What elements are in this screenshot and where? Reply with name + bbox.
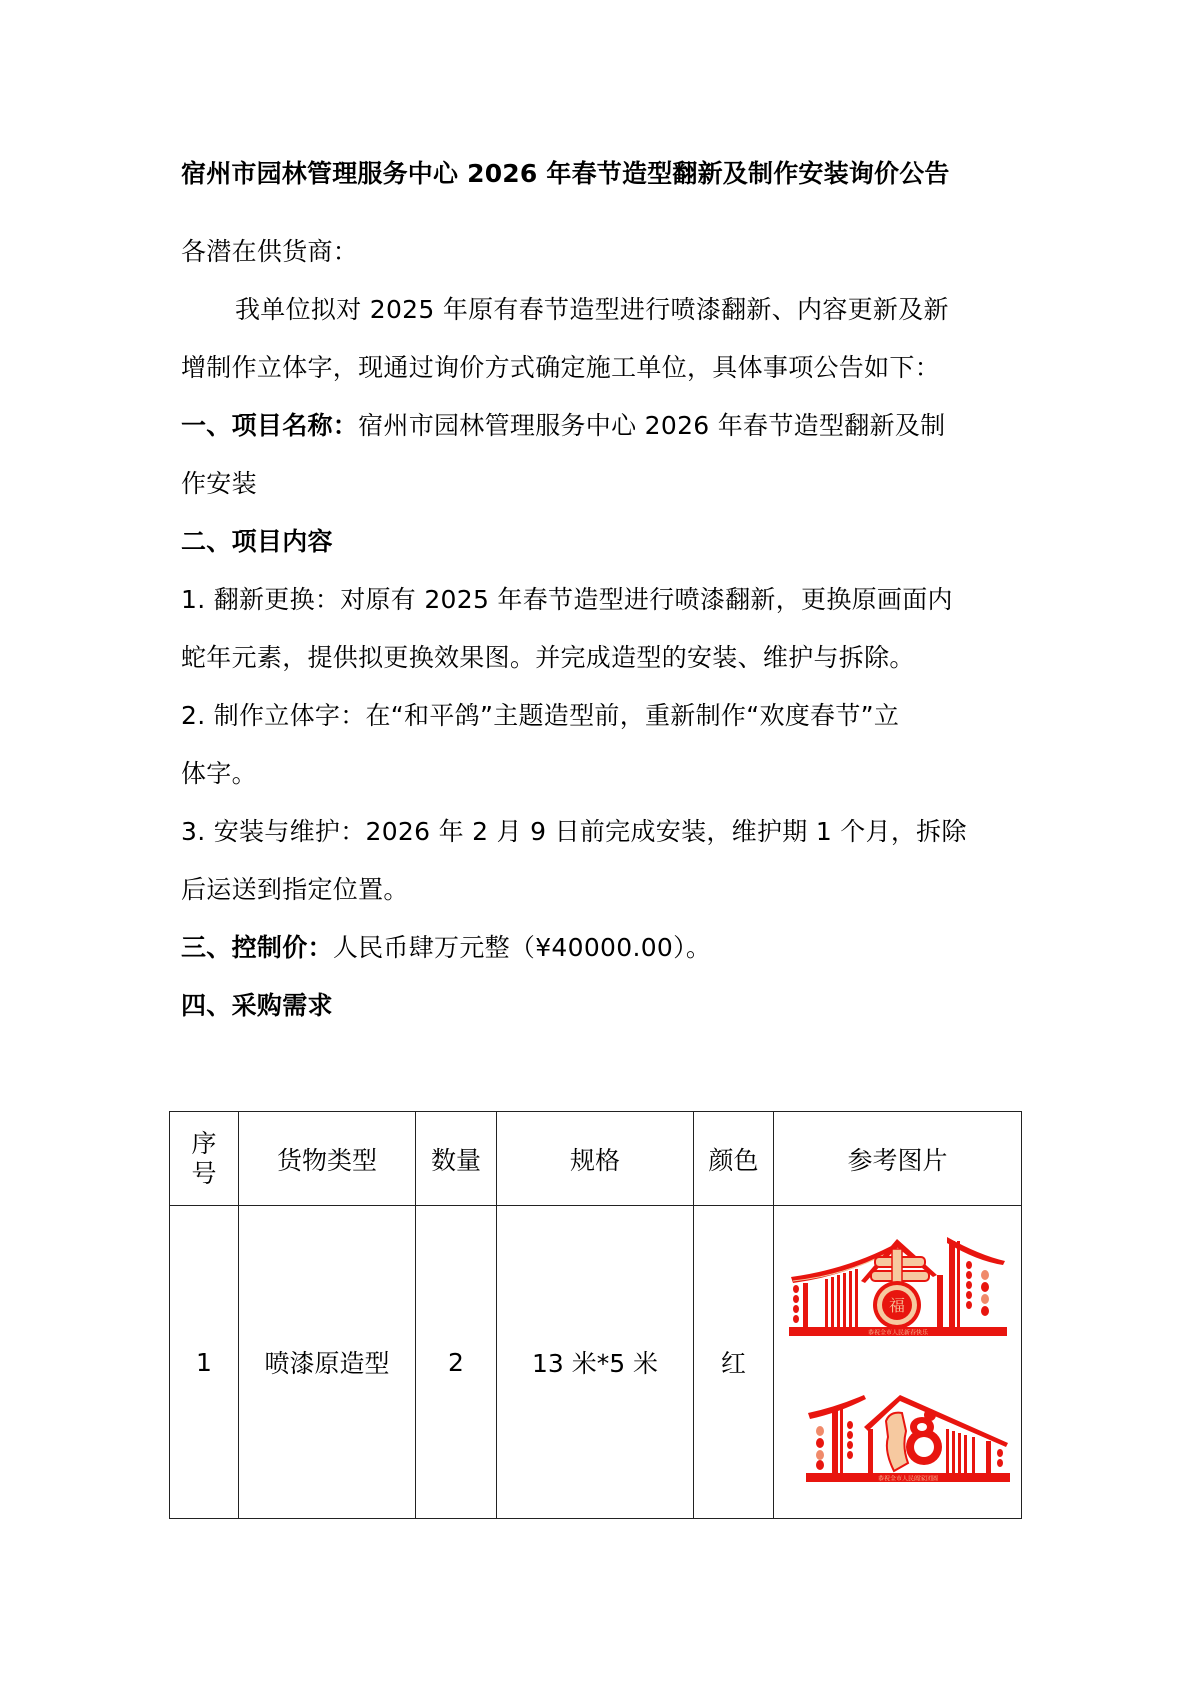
section-2-heading: 二、项目内容 bbox=[181, 524, 1021, 560]
svg-text:福: 福 bbox=[888, 1296, 904, 1315]
section-1-heading: 一、项目名称： bbox=[181, 411, 358, 440]
cell-seq: 1 bbox=[170, 1206, 239, 1519]
document-page: 宿州市园林管理服务中心 2026 年春节造型翻新及制作安装询价公告 各潜在供货商… bbox=[0, 0, 1190, 1683]
header-quantity: 数量 bbox=[416, 1112, 497, 1206]
svg-text:恭祝全市人民新春快乐: 恭祝全市人民新春快乐 bbox=[867, 1329, 928, 1337]
document-title: 宿州市园林管理服务中心 2026 年春节造型翻新及制作安装询价公告 bbox=[181, 156, 1021, 192]
cell-goods-type: 喷漆原造型 bbox=[239, 1206, 416, 1519]
content-item-1-line-1: 1. 翻新更换：对原有 2025 年春节造型进行喷漆翻新，更换原画面内 bbox=[181, 582, 1021, 618]
content-item-2-line-2: 体字。 bbox=[181, 756, 1021, 792]
cell-ref-images: 福 bbox=[774, 1206, 1022, 1519]
salutation: 各潜在供货商： bbox=[181, 234, 1021, 270]
svg-text:恭祝全市人民阖家团圆: 恭祝全市人民阖家团圆 bbox=[878, 1475, 938, 1483]
table-row: 1 喷漆原造型 2 13 米*5 米 红 bbox=[170, 1206, 1022, 1519]
spring-festival-arch-fu-image: 福 bbox=[789, 1235, 1007, 1339]
section-3-line: 三、控制价：人民币肆万元整（¥40000.00）。 bbox=[181, 930, 1021, 966]
content-item-3-line-1: 3. 安装与维护：2026 年 2 月 9 日前完成安装，维护期 1 个月，拆除 bbox=[181, 814, 1021, 850]
cell-spec: 13 米*5 米 bbox=[497, 1206, 694, 1519]
table-header-row: 序 号 货物类型 数量 规格 颜色 参考图片 bbox=[170, 1112, 1022, 1206]
header-spec: 规格 bbox=[497, 1112, 694, 1206]
section-1-line-2: 作安装 bbox=[181, 466, 1021, 502]
snake-year-arch-fu-image: 恭祝全市人民阖家团圆 bbox=[806, 1391, 1010, 1483]
content-item-2-line-1: 2. 制作立体字：在“和平鸽”主题造型前，重新制作“欢度春节”立 bbox=[181, 698, 1021, 734]
section-1-line-1: 一、项目名称：宿州市园林管理服务中心 2026 年春节造型翻新及制 bbox=[181, 408, 1021, 444]
cell-quantity: 2 bbox=[416, 1206, 497, 1519]
header-ref-image: 参考图片 bbox=[774, 1112, 1022, 1206]
section-1-text: 宿州市园林管理服务中心 2026 年春节造型翻新及制 bbox=[358, 411, 945, 440]
procurement-table: 序 号 货物类型 数量 规格 颜色 参考图片 1 喷漆原造型 2 13 米*5 … bbox=[169, 1111, 1022, 1519]
section-4-heading: 四、采购需求 bbox=[181, 988, 1021, 1024]
header-seq: 序 号 bbox=[170, 1112, 239, 1206]
section-3-text: 人民币肆万元整（¥40000.00）。 bbox=[333, 933, 711, 962]
intro-paragraph-line-2: 增制作立体字，现通过询价方式确定施工单位，具体事项公告如下： bbox=[181, 350, 1021, 386]
content-item-3-line-2: 后运送到指定位置。 bbox=[181, 872, 1021, 908]
header-goods-type: 货物类型 bbox=[239, 1112, 416, 1206]
cell-color: 红 bbox=[694, 1206, 774, 1519]
intro-paragraph-line-1: 我单位拟对 2025 年原有春节造型进行喷漆翻新、内容更新及新 bbox=[235, 292, 1021, 328]
content-item-1-line-2: 蛇年元素，提供拟更换效果图。并完成造型的安装、维护与拆除。 bbox=[181, 640, 1021, 676]
header-color: 颜色 bbox=[694, 1112, 774, 1206]
section-3-heading: 三、控制价： bbox=[181, 933, 333, 962]
